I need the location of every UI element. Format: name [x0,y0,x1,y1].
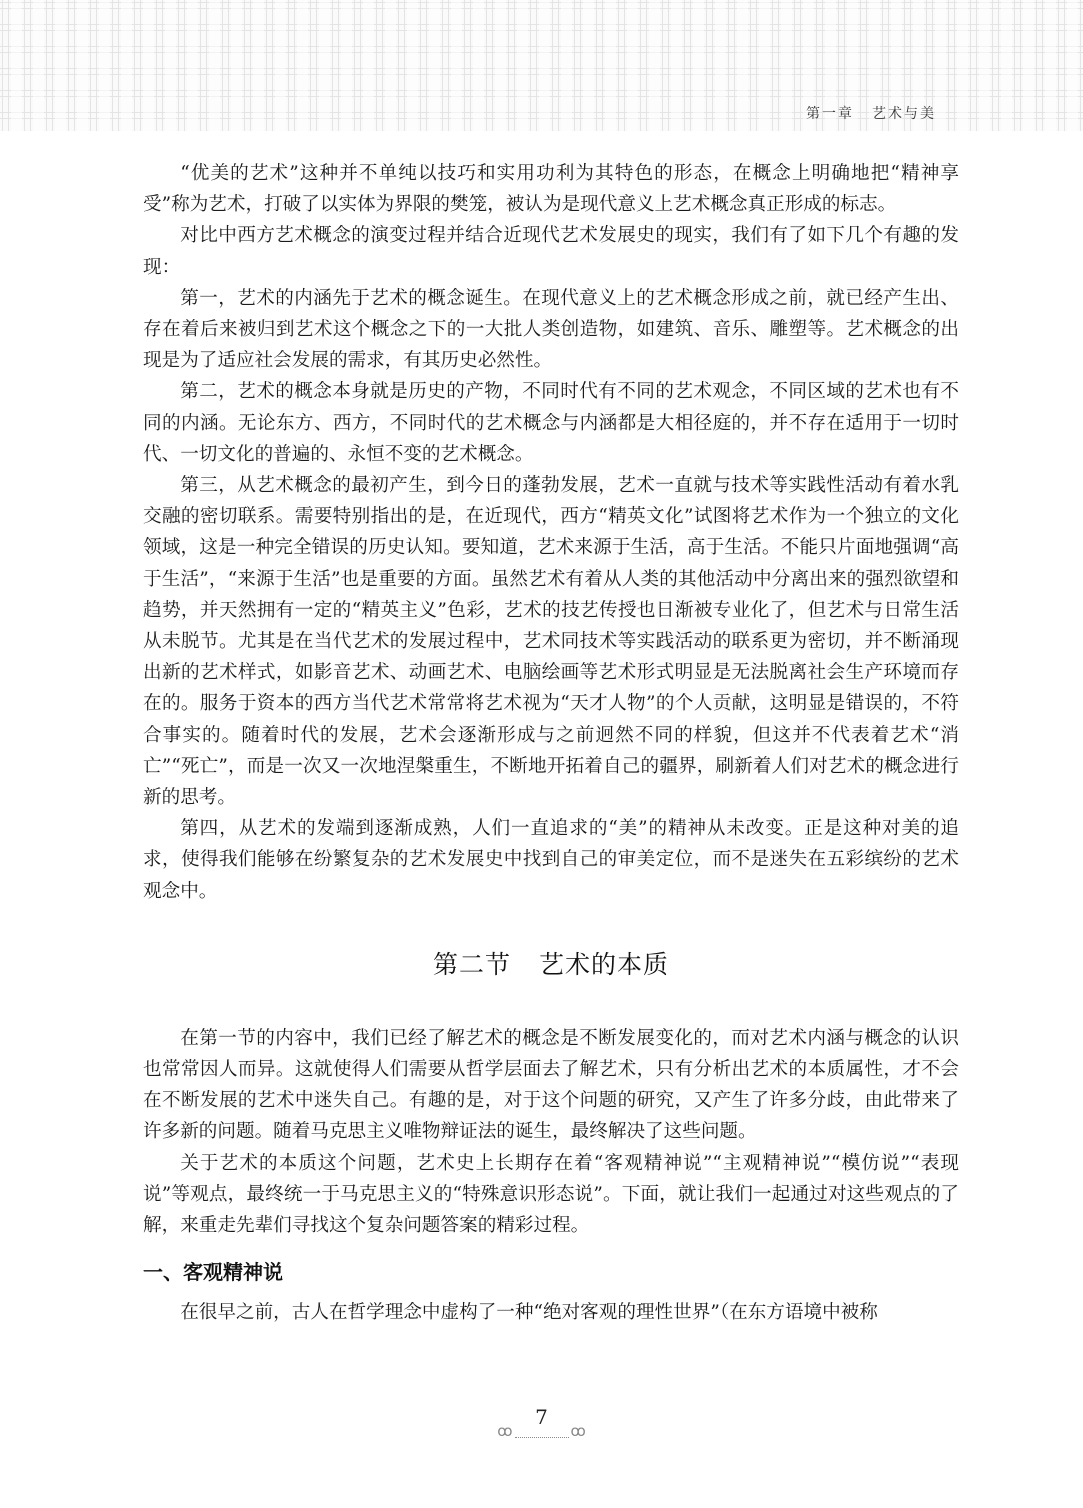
section-name: 艺术的本质 [539,950,669,979]
paragraph: 在第一节的内容中，我们已经了解艺术的概念是不断发展变化的，而对艺术内涵与概念的认… [143,1023,959,1148]
page-footer-ornament: ꝏ ꝏ [0,1422,1083,1440]
paragraph: 在很早之前，古人在哲学理念中虚构了一种“绝对客观的理性世界”（在东方语境中被称 [143,1297,959,1328]
running-head-chapter-title: 艺术与美 [872,106,936,122]
running-head: 第一章艺术与美 [806,103,936,123]
running-head-chapter: 第一章 [806,106,854,122]
paragraph: 第四，从艺术的发端到逐渐成熟，人们一直追求的“美”的精神从未改变。正是这种对美的… [143,813,959,907]
paragraph: 第二，艺术的概念本身就是历史的产物，不同时代有不同的艺术观念，不同区域的艺术也有… [143,376,959,470]
paragraph: 第一，艺术的内涵先于艺术的概念诞生。在现代意义上的艺术概念形成之前，就已经产生出… [143,283,959,377]
section-title: 第二节艺术的本质 [143,945,959,981]
paragraph: 对比中西方艺术概念的演变过程并结合近现代艺术发展史的现实，我们有了如下几个有趣的… [143,220,959,282]
paragraph: 关于艺术的本质这个问题，艺术史上长期存在着“客观精神说”“主观精神说”“模仿说”… [143,1148,959,1242]
section-number: 第二节 [433,950,511,979]
paragraph: 第三，从艺术概念的最初产生，到今日的蓬勃发展，艺术一直就与技术等实践性活动有着水… [143,470,959,813]
subsection-heading: 一、客观精神说 [143,1255,959,1289]
ornament-left-icon: ꝏ [497,1422,512,1440]
ornament-right-icon: ꝏ [571,1422,586,1440]
page-body: “优美的艺术”这种并不单纯以技巧和实用功利为其特色的形态，在概念上明确地把“精神… [143,158,959,1329]
dotted-rule [515,1431,569,1438]
paragraph: “优美的艺术”这种并不单纯以技巧和实用功利为其特色的形态，在概念上明确地把“精神… [143,158,959,220]
